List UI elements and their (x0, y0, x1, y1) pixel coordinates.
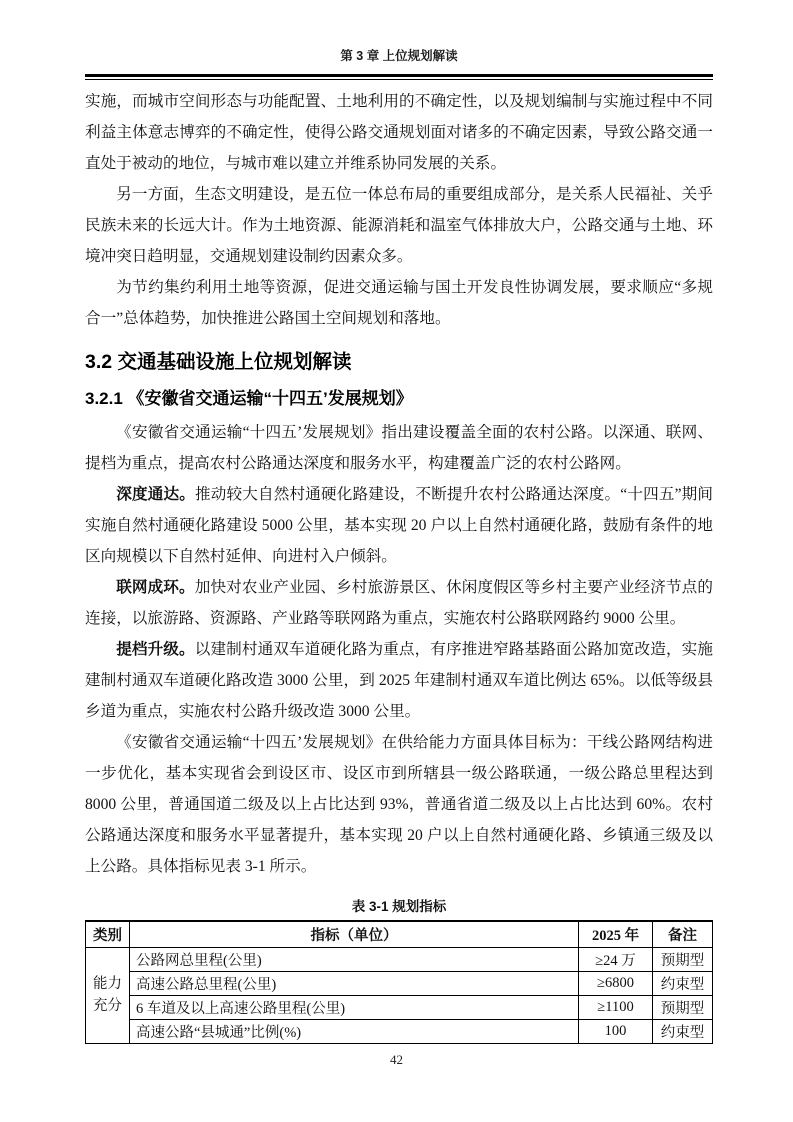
table-cell-indicator: 6 车道及以上高速公路里程(公里) (130, 995, 579, 1019)
chapter-header-title: 第 3 章 上位规划解读 (85, 46, 713, 66)
table-cell-indicator: 高速公路总里程(公里) (130, 971, 579, 995)
paragraph-ecology: 另一方面，生态文明建设，是五位一体总布局的重要组成部分，是关系人民福祉、关乎民族… (85, 179, 713, 272)
paragraph-plan-intro: 《安徽省交通运输“十四五’发展规划》指出建设覆盖全面的农村公路。以深通、联网、提… (85, 417, 713, 479)
page-header: 第 3 章 上位规划解读 (85, 46, 713, 80)
table-header-note: 备注 (653, 921, 713, 947)
paragraph-supply-targets: 《安徽省交通运输“十四五’发展规划》在供给能力方面具体目标为：干线公路网结构进一… (85, 727, 713, 882)
paragraph-continuation: 实施，而城市空间形态与功能配置、土地利用的不确定性，以及规划编制与实施过程中不同… (85, 86, 713, 179)
document-page: 第 3 章 上位规划解读 实施，而城市空间形态与功能配置、土地利用的不确定性，以… (0, 0, 793, 1122)
table-row: 高速公路总里程(公里) ≥6800 约束型 (86, 971, 713, 995)
paragraph-land-resources: 为节约集约利用土地等资源，促进交通运输与国土开发良性协调发展，要求顺应“多规合一… (85, 272, 713, 334)
planning-indicators-table: 类别 指标（单位） 2025 年 备注 能力充分 公路网总里程(公里) ≥24 … (85, 920, 713, 1044)
paragraph-upgrade: 提档升级。以建制村通双车道硬化路为重点，有序推进窄路基路面公路加宽改造，实施建制… (85, 634, 713, 727)
page-number: 42 (0, 1052, 793, 1068)
paragraph-depth: 深度通达。推动较大自然村通硬化路建设，不断提升农村公路通达深度。“十四五”期间实… (85, 479, 713, 572)
paragraph-network-lead: 联网成环。 (116, 579, 195, 596)
table-cell-note: 预期型 (653, 947, 713, 971)
paragraph-depth-lead: 深度通达。 (116, 486, 195, 503)
table-header-indicator: 指标（单位） (130, 921, 579, 947)
table-cell-target: 100 (579, 1019, 653, 1043)
table-cell-note: 约束型 (653, 1019, 713, 1043)
table-cell-indicator: 高速公路“县城通”比例(%) (130, 1019, 579, 1043)
table-cell-category: 能力充分 (86, 947, 130, 1043)
table-cell-target: ≥1100 (579, 995, 653, 1019)
section-heading-3-2: 3.2 交通基础设施上位规划解读 (85, 349, 713, 375)
paragraph-upgrade-lead: 提档升级。 (116, 641, 195, 658)
table-cell-target: ≥24 万 (579, 947, 653, 971)
table-cell-target: ≥6800 (579, 971, 653, 995)
header-double-rule (85, 74, 713, 80)
table-row: 6 车道及以上高速公路里程(公里) ≥1100 预期型 (86, 995, 713, 1019)
subsection-heading-3-2-1: 3.2.1 《安徽省交通运输“十四五’发展规划》 (85, 387, 713, 411)
table-cell-indicator: 公路网总里程(公里) (130, 947, 579, 971)
table-row: 高速公路“县城通”比例(%) 100 约束型 (86, 1019, 713, 1043)
paragraph-network: 联网成环。加快对农业产业园、乡村旅游景区、休闲度假区等乡村主要产业经济节点的连接… (85, 572, 713, 634)
page-content: 实施，而城市空间形态与功能配置、土地利用的不确定性，以及规划编制与实施过程中不同… (85, 86, 713, 1044)
table-caption: 表 3-1 规划指标 (85, 895, 713, 915)
table-header-year: 2025 年 (579, 921, 653, 947)
table-header-category: 类别 (86, 921, 130, 947)
table-header-row: 类别 指标（单位） 2025 年 备注 (86, 921, 713, 947)
table-cell-note: 预期型 (653, 995, 713, 1019)
table-row: 能力充分 公路网总里程(公里) ≥24 万 预期型 (86, 947, 713, 971)
table-cell-note: 约束型 (653, 971, 713, 995)
